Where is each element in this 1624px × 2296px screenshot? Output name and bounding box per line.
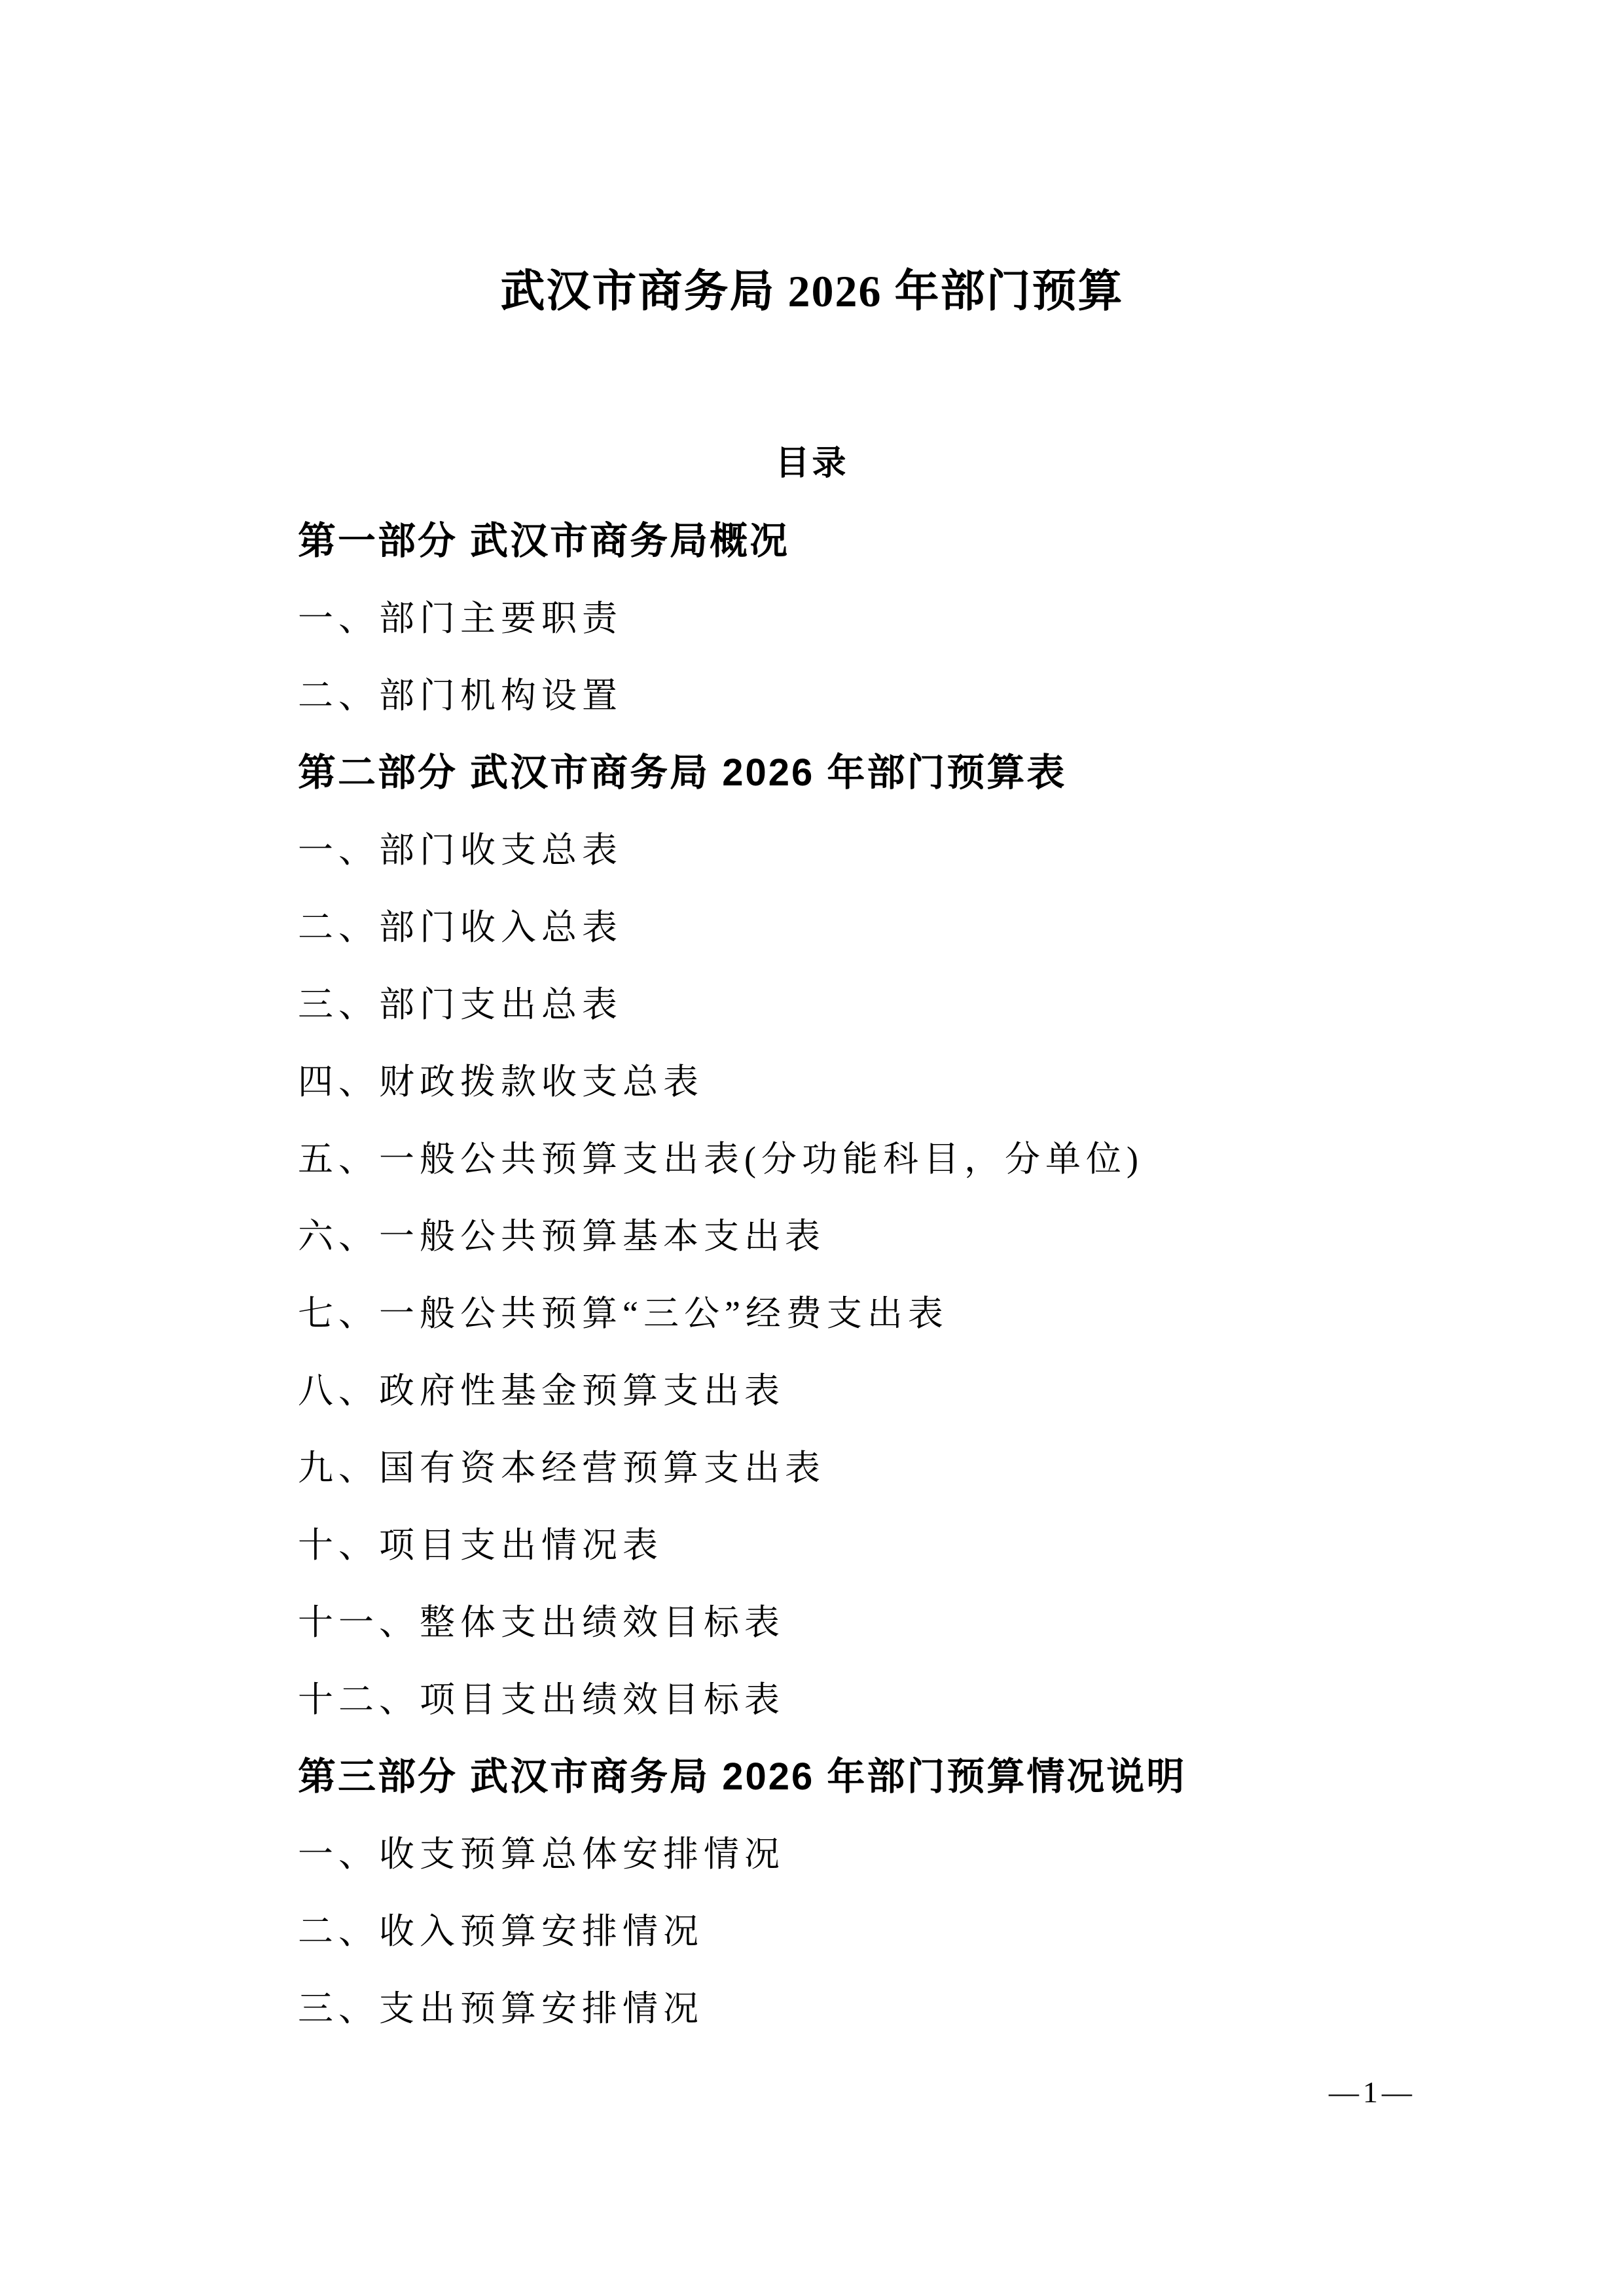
toc-item: 十二、项目支出绩效目标表: [298, 1661, 1428, 1738]
toc-item: 三、支出预算安排情况: [298, 1970, 1428, 2047]
toc-item: 三、部门支出总表: [298, 966, 1428, 1043]
toc-item: 二、收入预算安排情况: [298, 1893, 1428, 1970]
toc-item: 十一、整体支出绩效目标表: [298, 1584, 1428, 1661]
toc-section-heading-part3: 第三部分 武汉市商务局 2026 年部门预算情况说明: [298, 1738, 1428, 1816]
toc-item: 六、一般公共预算基本支出表: [298, 1198, 1428, 1275]
toc-item: 四、财政拨款收支总表: [298, 1043, 1428, 1121]
toc-heading: 目录: [0, 445, 1624, 482]
toc-item: 二、部门收入总表: [298, 889, 1428, 966]
toc-item: 七、一般公共预算“三公”经费支出表: [298, 1275, 1428, 1352]
document-title: 武汉市商务局 2026 年部门预算: [0, 267, 1624, 316]
toc-item: 八、政府性基金预算支出表: [298, 1352, 1428, 1429]
toc-item: 一、收支预算总体安排情况: [298, 1816, 1428, 1893]
page-number: —1—: [1329, 2075, 1416, 2109]
toc-list: 第一部分 武汉市商务局概况 一、部门主要职责 二、部门机构设置 第二部分 武汉市…: [298, 503, 1428, 2047]
toc-item: 九、国有资本经营预算支出表: [298, 1429, 1428, 1507]
toc-item: 二、部门机构设置: [298, 657, 1428, 734]
toc-item: 五、一般公共预算支出表(分功能科目，分单位): [298, 1121, 1428, 1198]
toc-item: 一、部门主要职责: [298, 580, 1428, 657]
toc-item: 十、项目支出情况表: [298, 1507, 1428, 1584]
toc-section-heading-part1: 第一部分 武汉市商务局概况: [298, 503, 1428, 580]
document-page: 武汉市商务局 2026 年部门预算 目录 第一部分 武汉市商务局概况 一、部门主…: [0, 0, 1624, 2296]
toc-section-heading-part2: 第二部分 武汉市商务局 2026 年部门预算表: [298, 734, 1428, 812]
toc-item: 一、部门收支总表: [298, 812, 1428, 889]
